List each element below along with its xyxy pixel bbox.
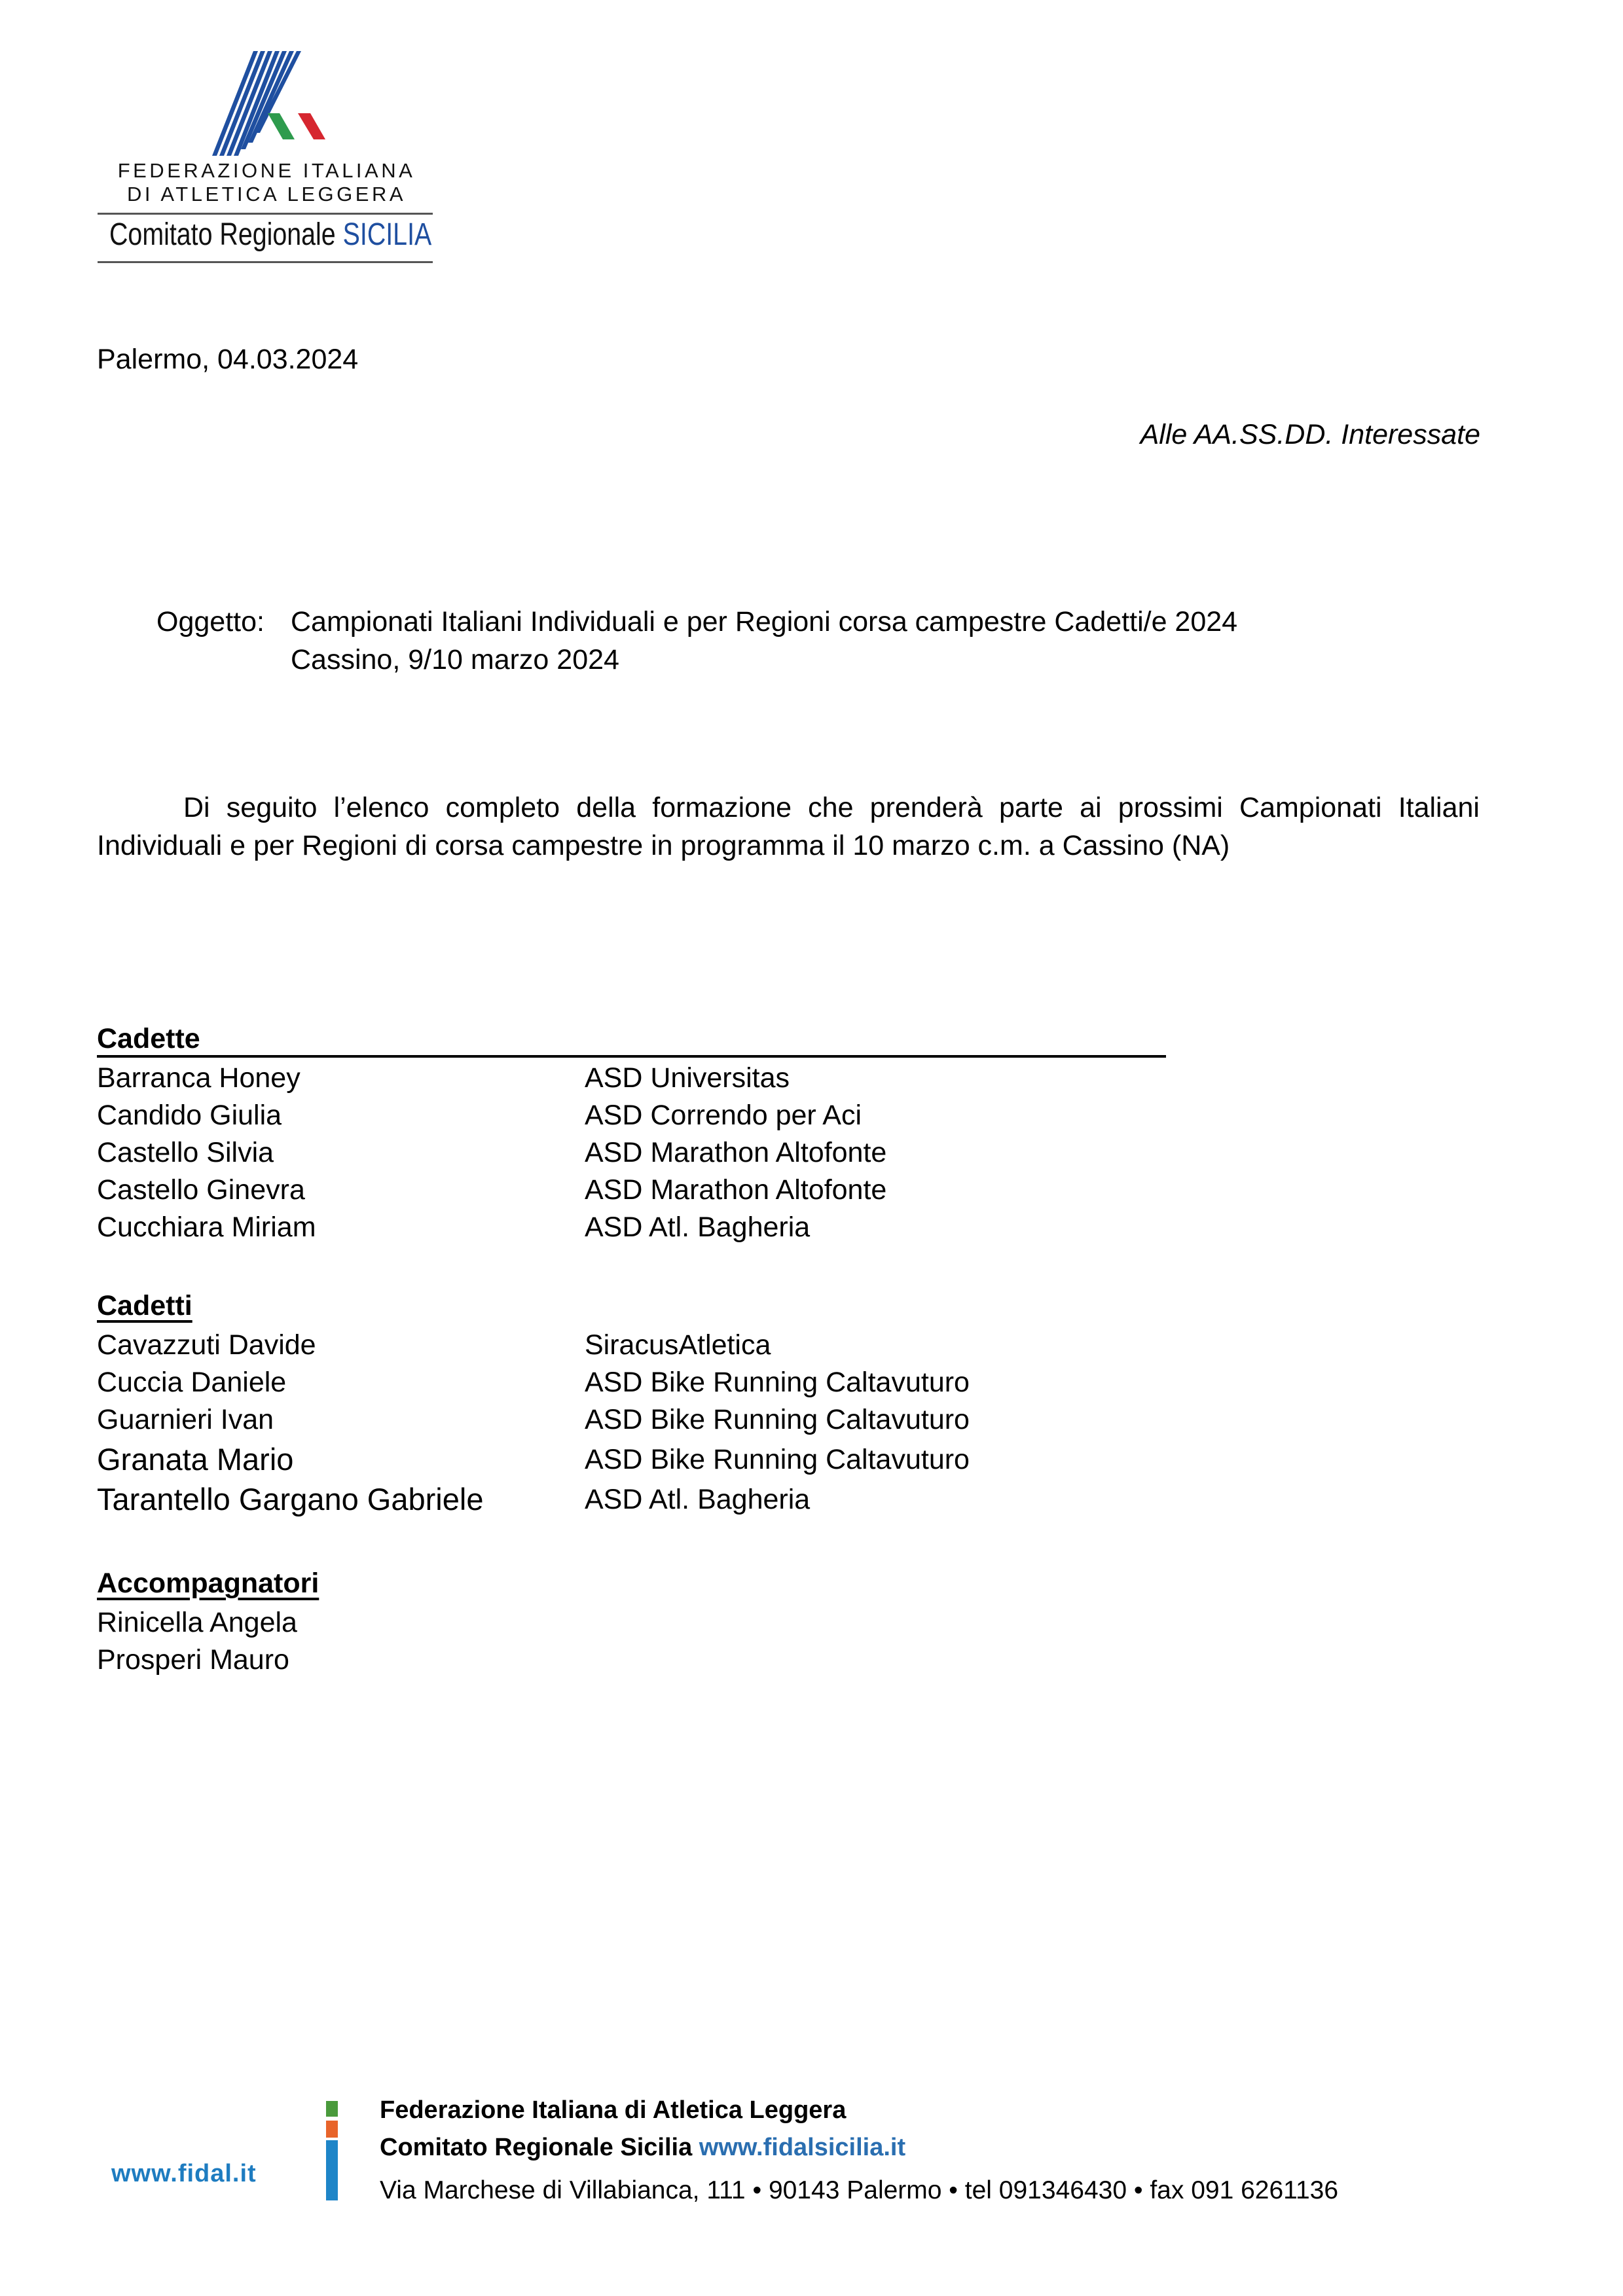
roster-name: Cuccia Daniele: [97, 1363, 286, 1401]
cadette-rule: [97, 1055, 1166, 1058]
roster-name: Cucchiara Miriam: [97, 1208, 316, 1246]
footer-org-name: Federazione Italiana di Atletica Leggera: [380, 2096, 846, 2125]
roster-name: Guarnieri Ivan: [97, 1401, 274, 1439]
logo-bottom-rule: [98, 261, 433, 263]
roster-club: ASD Marathon Altofonte: [585, 1171, 886, 1209]
roster-name: Cavazzuti Davide: [97, 1326, 316, 1364]
roster-club: ASD Bike Running Caltavuturo: [585, 1441, 970, 1479]
subject-label: Oggetto:: [156, 603, 264, 641]
roster-club: SiracusAtletica: [585, 1326, 771, 1364]
roster-club: ASD Universitas: [585, 1059, 790, 1097]
logo-committee-prefix: Comitato Regionale: [109, 217, 336, 252]
roster-club: ASD Bike Running Caltavuturo: [585, 1401, 970, 1439]
footer-website-link[interactable]: www.fidalsicilia.it: [699, 2134, 905, 2161]
logo-committee-region: SICILIA: [343, 217, 432, 252]
roster-name: Castello Silvia: [97, 1134, 274, 1172]
section-title-accompagnatori: Accompagnatori: [97, 1564, 319, 1602]
section-title-cadette: Cadette: [97, 1020, 200, 1058]
body-paragraph: Di seguito l’elenco completo della forma…: [97, 789, 1480, 865]
roster-club: ASD Bike Running Caltavuturo: [585, 1363, 970, 1401]
roster-name: Tarantello Gargano Gabriele: [97, 1480, 483, 1518]
roster-club: ASD Atl. Bagheria: [585, 1480, 810, 1518]
flag-green-icon: [268, 113, 295, 139]
footer-committee-name: Comitato Regionale Sicilia: [380, 2134, 692, 2161]
subject-line-2: Cassino, 9/10 marzo 2024: [291, 641, 619, 679]
flag-red-icon: [298, 113, 325, 139]
roster-name: Prosperi Mauro: [97, 1641, 289, 1679]
roster-name: Rinicella Angela: [97, 1604, 297, 1641]
logo-top-rule: [98, 213, 433, 215]
fidal-stripes-icon: [96, 41, 437, 172]
roster-club: ASD Correndo per Aci: [585, 1096, 862, 1134]
footer-address: Via Marchese di Villabianca, 111 • 90143…: [380, 2176, 1338, 2205]
subject-line-1: Campionati Italiani Individuali e per Re…: [291, 603, 1237, 641]
recipient-line: Alle AA.SS.DD. Interessate: [1140, 416, 1480, 454]
roster-club: ASD Atl. Bagheria: [585, 1208, 810, 1246]
roster-name: Castello Ginevra: [97, 1171, 305, 1209]
footer-bar-orange: [326, 2121, 338, 2138]
logo-org-line2: DI ATLETICA LEGGERA: [96, 183, 437, 206]
footer-committee: Comitato Regionale Sicilia www.fidalsici…: [380, 2134, 905, 2162]
footer-bar-blue: [326, 2140, 338, 2200]
fidal-sicilia-logo: FEDERAZIONE ITALIANA DI ATLETICA LEGGERA…: [96, 41, 437, 267]
footer-bar-green: [326, 2101, 338, 2117]
roster-name: Granata Mario: [97, 1441, 293, 1479]
roster-name: Candido Giulia: [97, 1096, 282, 1134]
section-title-cadetti: Cadetti: [97, 1287, 192, 1325]
roster-club: ASD Marathon Altofonte: [585, 1134, 886, 1172]
footer-fidal-link[interactable]: www.fidal.it: [111, 2160, 257, 2188]
body-text: Di seguito l’elenco completo della forma…: [97, 792, 1480, 861]
roster-name: Barranca Honey: [97, 1059, 301, 1097]
date-line: Palermo, 04.03.2024: [97, 340, 358, 378]
logo-org-line1: FEDERAZIONE ITALIANA: [96, 159, 437, 183]
logo-committee: Comitato Regionale SICILIA: [109, 217, 431, 253]
